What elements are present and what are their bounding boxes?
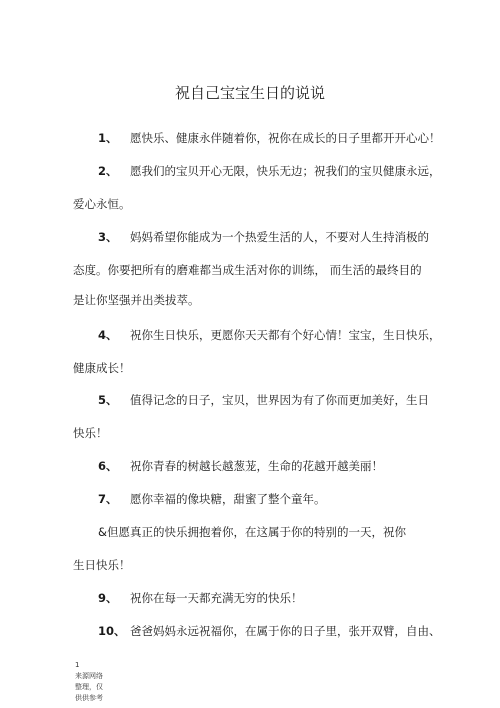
item-number: 5、: [98, 392, 118, 408]
item-number: 4、: [98, 327, 118, 343]
item-number: 3、: [98, 229, 118, 245]
footer-note: 来源网络: [75, 671, 103, 682]
item-text: 健康成长！: [73, 360, 131, 376]
item-text: 生日快乐！: [73, 557, 131, 573]
item-text: 爱心永恒。: [73, 196, 131, 212]
item-number: 2、: [98, 163, 118, 179]
item-text: 妈妈希望你能成为一个热爱生活的人，不要对人生持消极的: [130, 229, 429, 245]
item-number: 9、: [98, 590, 118, 606]
document-title: 祝自己宝宝生日的说说: [0, 82, 500, 103]
item-text: 愿你幸福的像块糖，甜蜜了整个童年。: [130, 491, 326, 507]
page-number: 1: [75, 660, 103, 671]
item-text: 值得记念的日子，宝贝，世界因为有了你而更加美好，生日: [130, 392, 429, 408]
item-text: &但愿真正的快乐拥抱着你，在这属于你的特别的一天，祝你: [98, 524, 406, 540]
item-text: 态度。你要把所有的磨难都当成生活对你的训练， 而生活的最终目的: [73, 262, 422, 278]
item-number: 7、: [98, 491, 118, 507]
footer-note: 整理，仅: [75, 682, 103, 693]
item-number: 6、: [98, 458, 118, 474]
item-text: 爸爸妈妈永远祝福你，在属于你的日子里，张开双臂，自由、: [130, 623, 441, 639]
item-number: 1、: [98, 130, 118, 146]
item-text: 是让你坚强并出类拔萃。: [73, 292, 200, 308]
item-text: 快乐！: [73, 425, 108, 441]
item-text: 祝你青春的树越长越葱茏，生命的花越开越美丽！: [130, 458, 383, 474]
item-text: 祝你在每一天都充满无穷的快乐！: [130, 590, 303, 606]
item-number: 10、: [98, 623, 126, 639]
item-text: 愿我们的宝贝开心无限，快乐无边；祝我们的宝贝健康永远，: [130, 163, 441, 179]
item-text: 祝你生日快乐，更愿你天天都有个好心情！宝宝，生日快乐，: [130, 327, 441, 343]
footer-note: 供供参考: [75, 693, 103, 704]
item-text: 愿快乐、健康永伴随着你，祝你在成长的日子里都开开心心！: [130, 130, 441, 146]
page-footer: 1 来源网络 整理，仅 供供参考: [75, 660, 103, 704]
